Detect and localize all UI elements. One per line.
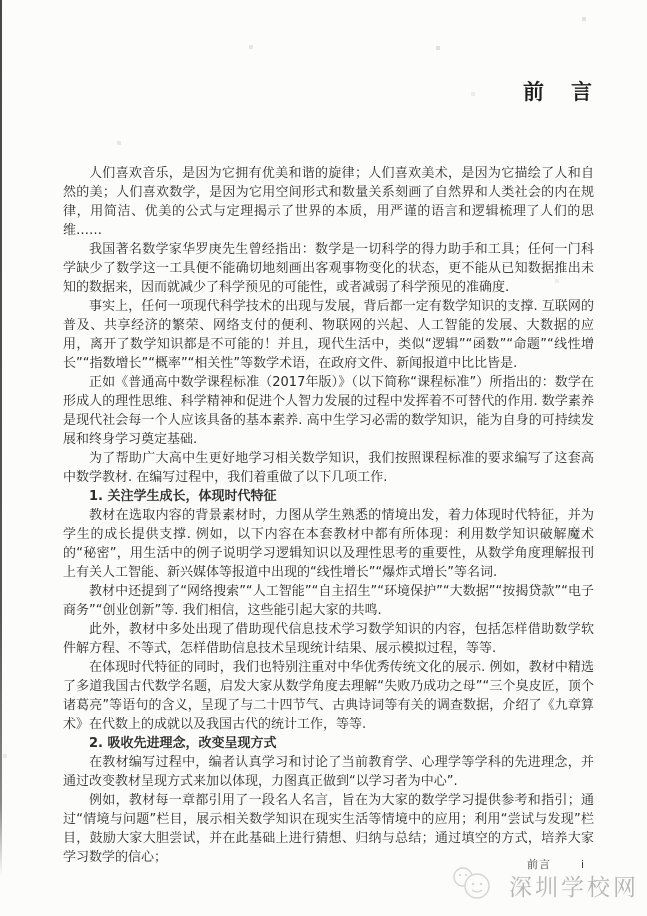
paragraph: 我国著名数学家华罗庚先生曾经指出：数学是一切科学的得力助手和工具；任何一门科学缺… (63, 240, 594, 297)
paragraph: 教材中还提到了“网络搜索”“人工智能”“自主招生”“环境保护”“大数据”“按揭贷… (63, 582, 594, 620)
paragraph: 人们喜欢音乐，是因为它拥有优美和谐的旋律；人们喜欢美术，是因为它描绘了人和自然的… (63, 164, 594, 240)
watermark: 深圳学校网 (449, 866, 639, 904)
scanned-document-page: 前 言 人们喜欢音乐，是因为它拥有优美和谐的旋律；人们喜欢美术，是因为它描绘了人… (0, 0, 647, 916)
paragraph: 此外，教材中多处出现了借助现代信息技术学习数学知识的内容，包括怎样借助数学软件解… (63, 620, 594, 658)
section-heading: 2. 吸收先进理念，改变呈现方式 (63, 734, 594, 753)
preface-body: 人们喜欢音乐，是因为它拥有优美和谐的旋律；人们喜欢美术，是因为它描绘了人和自然的… (63, 164, 594, 867)
paragraph: 在体现时代特征的同时，我们也特别注重对中华优秀传统文化的展示. 例如，教材中精选… (63, 658, 594, 734)
scan-spine-edge (0, 0, 2, 876)
paragraph: 事实上，任何一项现代科学技术的出现与发展，背后都一定有数学知识的支撑. 互联网的… (63, 297, 594, 373)
paragraph: 为了帮助广大高中生更好地学习相关数学知识，我们按照课程标准的要求编写了这套高中数… (63, 449, 594, 487)
scan-noise-speckles (0, 0, 2, 2)
chat-bubbles-logo-icon (449, 866, 495, 904)
watermark-text: 深圳学校网 (509, 869, 639, 902)
section-heading: 1. 关注学生成长，体现时代特征 (63, 487, 594, 506)
paragraph: 正如《普通高中数学课程标准（2017年版）》（以下简称“课程标准”）所指出的：数… (63, 373, 594, 449)
paragraph: 教材在选取内容的背景素材时，力图从学生熟悉的情境出发，着力体现时代特征，并为学生… (63, 506, 594, 582)
paragraph: 在教材编写过程中，编者认真学习和讨论了当前教育学、心理学等学科的先进理念，并通过… (63, 753, 594, 791)
page-title: 前 言 (0, 76, 595, 106)
paragraph: 例如，教材每一章都引用了一段名人名言，旨在为大家的数学学习提供参考和指引；通过“… (63, 791, 594, 867)
